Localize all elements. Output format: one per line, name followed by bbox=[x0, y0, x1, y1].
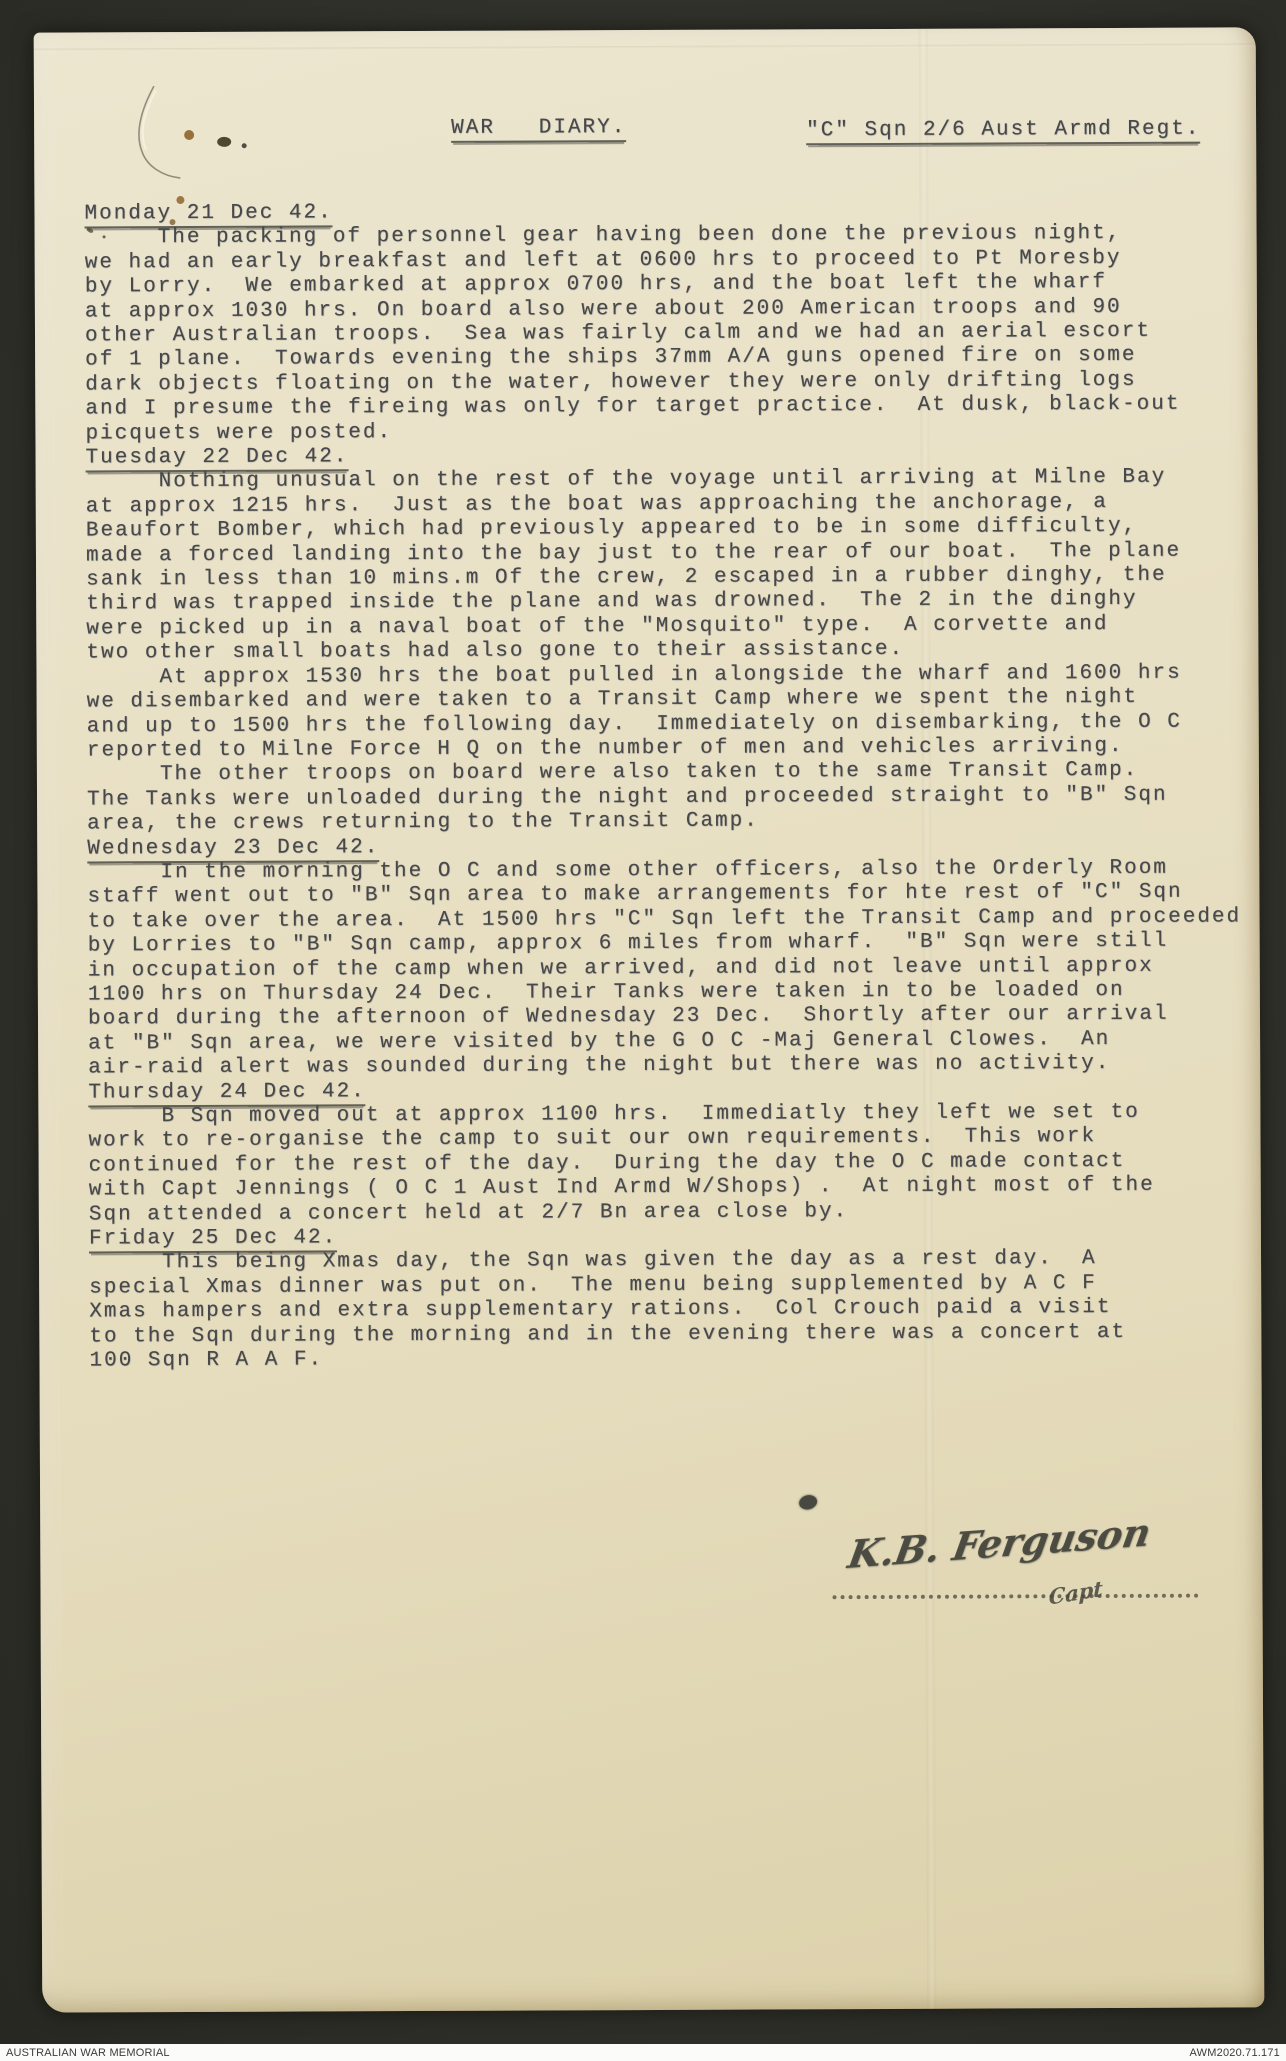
stain-spot bbox=[242, 143, 247, 148]
entry-date-heading: Wednesday 23 Dec 42. bbox=[87, 837, 379, 863]
stain-spot bbox=[184, 130, 194, 140]
diary-entry-wednesday: Wednesday 23 Dec 42. In the morning the … bbox=[87, 832, 1242, 1081]
tear-line bbox=[139, 86, 181, 178]
signature: K.B. Ferguson bbox=[845, 1509, 1155, 1577]
document-title: WAR DIARY. bbox=[451, 116, 626, 143]
entry-body: B Sqn moved out at approx 1100 hrs. Imme… bbox=[88, 1100, 1242, 1227]
document-unit-text: "C" Sqn 2/6 Aust Armd Regt. bbox=[806, 119, 1200, 146]
document-unit: "C" Sqn 2/6 Aust Armd Regt. bbox=[806, 118, 1200, 146]
archive-name: AUSTRALIAN WAR MEMORIAL bbox=[6, 2047, 170, 2059]
diary-entry-friday: Friday 25 Dec 42. This being Xmas day, t… bbox=[89, 1222, 1243, 1373]
diary-entry-thursday: Thursday 24 Dec 42. B Sqn moved out at a… bbox=[88, 1076, 1242, 1227]
archive-id: AWM2020.71.171 bbox=[1190, 2047, 1280, 2059]
archive-footer: AUSTRALIAN WAR MEMORIAL AWM2020.71.171 bbox=[0, 2044, 1286, 2061]
entry-body: This being Xmas day, the Sqn was given t… bbox=[89, 1247, 1243, 1374]
signature-rank: Capt bbox=[1049, 1576, 1103, 1610]
entry-date-heading: Thursday 24 Dec 42. bbox=[88, 1081, 366, 1107]
signature-line bbox=[833, 1594, 1199, 1600]
stain-spot bbox=[217, 137, 231, 147]
diary-entries: Monday 21 Dec 42. The packing of personn… bbox=[84, 197, 1243, 1373]
diary-entry-monday: Monday 21 Dec 42. The packing of personn… bbox=[84, 197, 1239, 446]
entry-body: In the morning the O C and some other of… bbox=[87, 856, 1242, 1081]
entry-body: The packing of personnel gear having bee… bbox=[85, 222, 1240, 447]
scan-background: WAR DIARY. "C" Sqn 2/6 Aust Armd Regt. M… bbox=[0, 0, 1286, 2061]
paper-crease-horizontal bbox=[34, 43, 1256, 51]
ink-blot bbox=[798, 1493, 819, 1511]
tear-highlight bbox=[142, 90, 156, 150]
document-page: WAR DIARY. "C" Sqn 2/6 Aust Armd Regt. M… bbox=[34, 27, 1265, 2012]
diary-entry-tuesday: Tuesday 22 Dec 42. Nothing unusual on th… bbox=[85, 441, 1240, 837]
document-title-text: WAR DIARY. bbox=[451, 117, 626, 143]
entry-body: Nothing unusual on the rest of the voyag… bbox=[86, 466, 1241, 837]
